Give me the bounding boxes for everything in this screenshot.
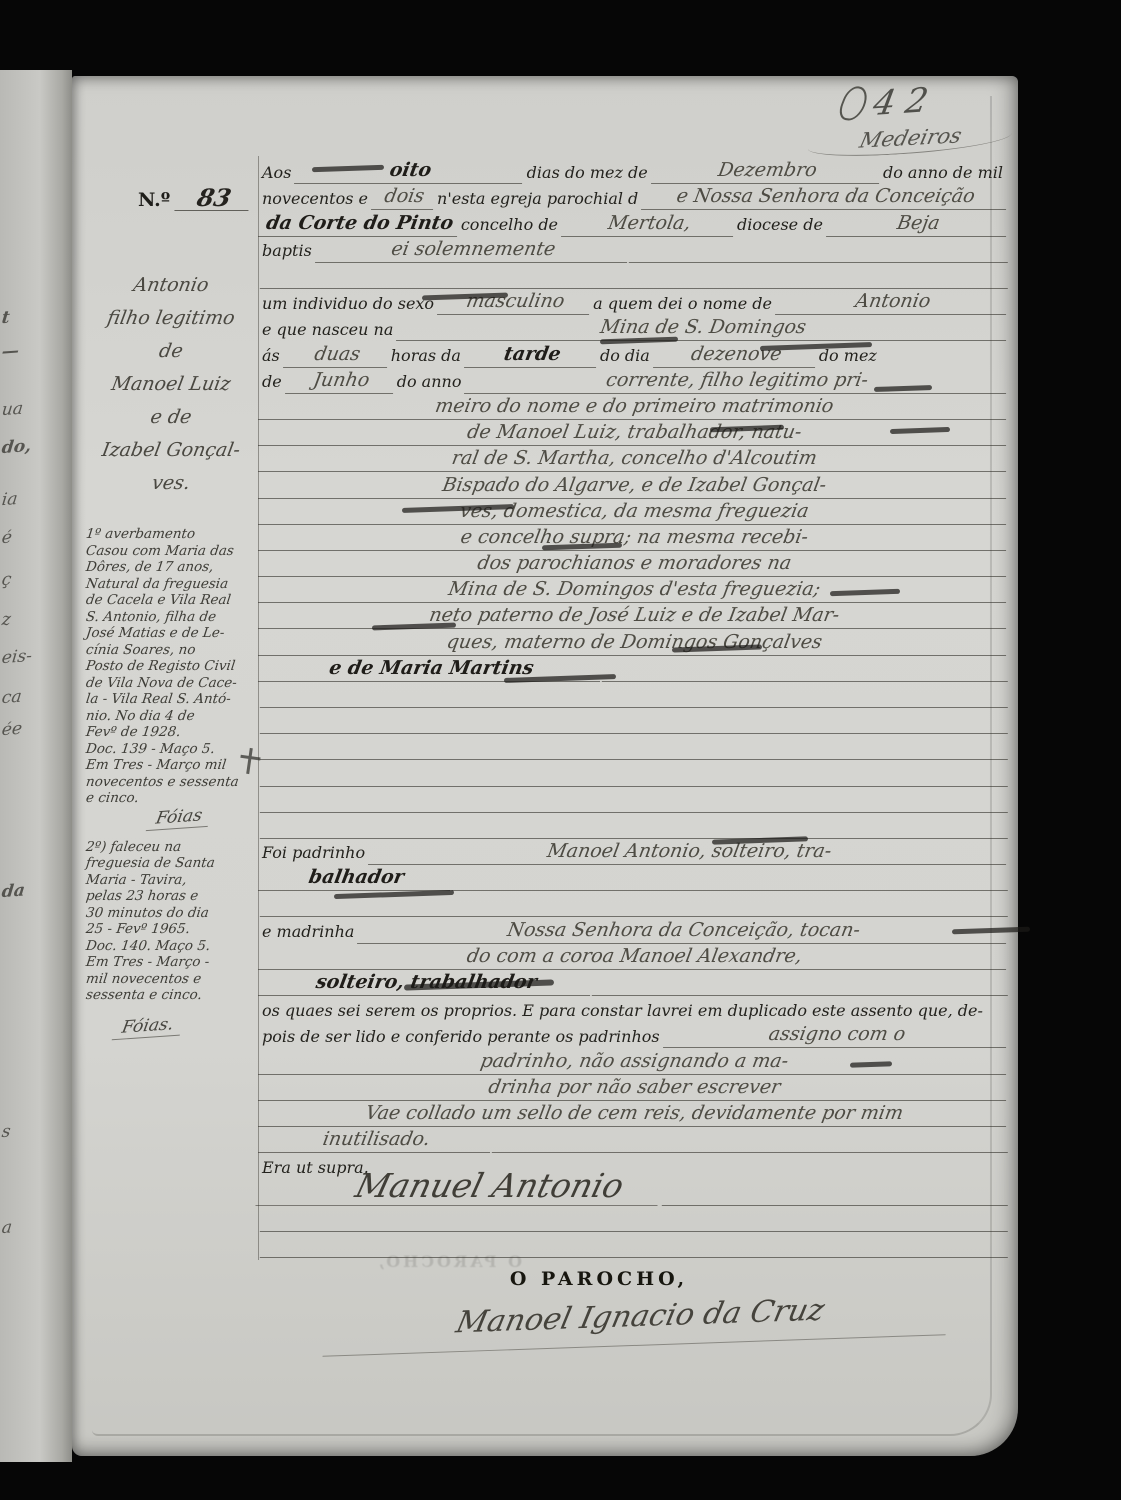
printed-form-text: novecentos e: [260, 190, 373, 211]
bleedthrough-text: O PAROCHO,: [302, 1254, 522, 1270]
margin-column: N.º 83 Antoniofilho legitimodeManoel Lui…: [86, 186, 256, 1038]
printed-form-text: um individuo do sexo: [260, 295, 439, 316]
edge-text-fragment: ua: [1, 398, 63, 419]
record-footer: O PAROCHO, Manoel Ignacio da Cruz: [260, 1262, 1008, 1346]
form-line: ral de S. Martha, concelho d'Alcoutim: [260, 446, 1008, 472]
record-number-label: N.º: [138, 189, 170, 211]
ruled-line: [260, 286, 1009, 289]
annotation-line: José Matias e de Le-: [85, 625, 257, 642]
annotation-line: 2º) faleceu na: [85, 839, 257, 856]
margin-name-block: Antoniofilho legitimodeManoel Luize deIz…: [86, 269, 256, 500]
form-line: drinha por não saber escrever: [260, 1075, 1008, 1101]
form-line: [260, 734, 1008, 760]
printed-form-text: dias do mez de: [525, 164, 653, 185]
parocho-label: O PAROCHO,: [260, 1270, 938, 1289]
edge-text-fragment: é: [1, 526, 63, 547]
form-line: inutilisado.: [260, 1127, 1008, 1153]
annotation-line: Doc. 140. Maço 5.: [85, 938, 257, 955]
printed-form-text: horas da: [389, 347, 466, 368]
handwritten-entry: drinha por não saber escrever: [258, 1078, 1010, 1101]
form-line: ques, materno de Domingos Gonçalves: [260, 629, 1008, 655]
page-number-value: 42: [870, 80, 941, 124]
form-line: [260, 813, 1008, 839]
form-line: novecentos edoisn'esta egreja parochial …: [260, 184, 1008, 210]
ruled-line: [260, 731, 1009, 734]
margin-name-line: filho legitimo: [83, 302, 259, 335]
annotation-line: la - Vila Real S. Antó-: [85, 691, 257, 708]
record-number: N.º 83: [138, 186, 256, 211]
margin-name-line: ves.: [83, 467, 259, 500]
margin-annotation-2: 2º) faleceu nafreguesia de SantaMaria - …: [86, 839, 256, 1004]
ruled-line: [629, 260, 1009, 263]
handwritten-entry: dois: [371, 187, 437, 210]
handwritten-entry: Beja: [826, 214, 1010, 237]
printed-form-text: e madrinha: [260, 923, 359, 944]
form-line: um individuo do sexomasculinoa quem dei …: [260, 289, 1008, 315]
printed-form-text: pois de ser lido e conferido perante os …: [260, 1028, 665, 1049]
handwritten-entry: inutilisado.: [258, 1130, 494, 1153]
printed-form-text: Aos: [260, 164, 296, 185]
printed-form-text: os quaes sei serem os proprios. E para c…: [260, 1002, 1008, 1023]
form-line: [260, 708, 1008, 734]
margin-name-line: Antonio: [83, 269, 259, 302]
ruled-line: [260, 810, 1009, 813]
form-line: [260, 760, 1008, 786]
margin-name-line: Manoel Luiz: [83, 368, 259, 401]
form-line: [260, 263, 1008, 289]
ruled-line: [260, 784, 1009, 787]
form-line: meiro do nome e do primeiro matrimonio: [260, 394, 1008, 420]
form-line: dos parochianos e moradores na: [260, 551, 1008, 577]
annotation-line: Doc. 139 - Maço 5.: [85, 741, 257, 758]
form-line: baptisei solemnemente: [260, 237, 1008, 263]
form-line: e de Maria Martins: [260, 656, 1008, 682]
handwritten-entry: da Corte do Pinto: [258, 214, 461, 237]
form-line: [260, 787, 1008, 813]
annotation-line: e cinco.: [85, 790, 257, 807]
margin-name-line: Izabel Gonçal-: [83, 434, 259, 467]
form-line: Aosoitodias do mez deDezembrodo anno de …: [260, 158, 1008, 184]
handwritten-entry: ral de S. Martha, concelho d'Alcoutim: [258, 449, 1010, 472]
printed-form-text: concelho de: [459, 216, 563, 237]
form-line: padrinho, não assignando a ma-: [260, 1048, 1008, 1074]
handwritten-entry: oito: [294, 161, 526, 184]
page-number: 42: [838, 81, 941, 124]
handwritten-entry: Nossa Senhora da Conceição, tocan-: [357, 921, 1010, 944]
printed-form-text: do anno: [395, 373, 467, 394]
annotation-line: Natural da freguesia: [85, 576, 257, 593]
edge-text-fragment: do,: [1, 436, 63, 457]
ruled-line: [260, 914, 1009, 917]
form-line: da Corte do Pintoconcelho deMertola,dioc…: [260, 210, 1008, 236]
printed-form-text: diocese de: [735, 216, 828, 237]
form-line: solteiro, trabalhador: [260, 970, 1008, 996]
edge-text-fragment: s: [1, 1120, 63, 1141]
handwritten-entry: meiro do nome e do primeiro matrimonio: [258, 397, 1010, 420]
annotation-line: novecentos e sessenta: [85, 774, 257, 791]
margin-name-line: e de: [83, 401, 259, 434]
handwritten-entry: ei solemnemente: [315, 240, 631, 263]
handwritten-entry: neto paterno de José Luiz e de Izabel Ma…: [258, 606, 1010, 629]
edge-text-fragment: da: [1, 880, 63, 901]
form-line: balhador: [260, 865, 1008, 891]
baptism-record-body: Aosoitodias do mez deDezembrodo anno de …: [260, 158, 1008, 1258]
handwritten-entry: tarde: [464, 345, 600, 368]
form-line: Vae collado um sello de cem reis, devida…: [260, 1101, 1008, 1127]
handwritten-entry: ques, materno de Domingos Gonçalves: [258, 633, 1010, 656]
annotation-line: Posto de Registo Civil: [85, 658, 257, 675]
annotation-line: Casou com Maria das: [85, 543, 257, 560]
annotation-line: S. Antonio, filha de: [85, 609, 257, 626]
annotation-line: 30 minutos do dia: [85, 905, 257, 922]
form-line: Manuel Antonio: [260, 1179, 1008, 1205]
printed-form-text: do anno de mil: [881, 164, 1008, 185]
handwritten-entry: Mina de S. Domingos: [396, 318, 1010, 341]
priest-signature: Manoel Ignacio da Cruz: [322, 1288, 955, 1357]
signature-text: Manuel Antonio: [255, 1169, 667, 1206]
ruled-line: [602, 679, 1009, 682]
printed-form-text: ás: [260, 347, 285, 368]
form-line: [260, 682, 1008, 708]
handwritten-entry: padrinho, não assignando a ma-: [258, 1052, 1010, 1075]
edge-text-fragment: a: [1, 1216, 63, 1237]
form-line: [260, 1206, 1008, 1232]
form-line: ves, domestica, da mesma freguezia: [260, 498, 1008, 524]
printed-form-text: de: [260, 373, 287, 394]
form-line: e madrinhaNossa Senhora da Conceição, to…: [260, 917, 1008, 943]
handwritten-entry: e Nossa Senhora da Conceição: [641, 187, 1010, 210]
ruled-line: [260, 757, 1009, 760]
annotation-line: de Cacela e Vila Real: [85, 592, 257, 609]
form-line: ásduashoras datardedo diadezenovedo mez: [260, 341, 1008, 367]
previous-page-edge: t—uado,iaéçzeis-caéedasa: [0, 70, 72, 1462]
annotation-line: Dôres, de 17 anos,: [85, 559, 257, 576]
annotation-line: Maria - Tavira,: [85, 872, 257, 889]
handwritten-entry: Junho: [285, 371, 397, 394]
printed-form-text: e que nasceu na: [260, 321, 398, 342]
handwritten-entry: ves, domestica, da mesma freguezia: [258, 502, 1010, 525]
handwritten-entry: Bispado do Algarve, e de Izabel Gonçal-: [258, 476, 1010, 499]
register-page: 42 Medeiros N.º 83 Antoniofilho legitimo…: [72, 76, 1018, 1456]
annotation-line: freguesia de Santa: [85, 855, 257, 872]
handwritten-entry: Antonio: [775, 292, 1010, 315]
margin-name-line: de: [83, 335, 259, 368]
ruled-line: [662, 1203, 1008, 1206]
handwritten-entry: Vae collado um sello de cem reis, devida…: [258, 1104, 1010, 1127]
annotation-line: mil novecentos e: [85, 971, 257, 988]
ruled-line: [492, 1150, 1009, 1153]
printed-form-text: do dia: [598, 347, 655, 368]
handwritten-entry: dos parochianos e moradores na: [258, 554, 1010, 577]
edge-text-fragment: ée: [1, 718, 63, 739]
printed-form-text: do mez: [817, 347, 882, 368]
handwritten-entry: Dezembro: [651, 161, 883, 184]
handwritten-entry: assigno com o: [663, 1025, 1010, 1048]
form-line: pois de ser lido e conferido perante os …: [260, 1022, 1008, 1048]
record-number-value: 83: [174, 186, 253, 211]
handwritten-entry: e concelho supra; na mesma recebi-: [258, 528, 1010, 551]
edge-text-fragment: ia: [1, 488, 63, 509]
handwritten-entry: balhador: [258, 868, 454, 891]
annotation-line: de Vila Nova de Cace-: [85, 675, 257, 692]
handwritten-entry: do com a coroa Manoel Alexandre,: [258, 947, 1010, 970]
form-line: e concelho supra; na mesma recebi-: [260, 525, 1008, 551]
handwritten-entry: duas: [283, 345, 391, 368]
registrar-rubric-1: Fóias: [146, 806, 212, 830]
archivist-rubric: Medeiros: [806, 123, 1015, 159]
form-line: Bispado do Algarve, e de Izabel Gonçal-: [260, 472, 1008, 498]
ruled-line: [260, 705, 1009, 708]
form-line: Foi padrinhoManoel Antonio, solteiro, tr…: [260, 839, 1008, 865]
edge-text-fragment: ca: [1, 686, 63, 707]
printed-form-text: n'esta egreja parochial d: [435, 190, 643, 211]
edge-text-fragment: ç: [1, 568, 63, 589]
handwritten-entry: Manoel Antonio, solteiro, tra-: [368, 842, 1010, 865]
edge-text-fragment: t: [1, 306, 63, 327]
edge-text-fragment: eis-: [1, 646, 63, 667]
ruled-line: [260, 1229, 1009, 1232]
form-line: os quaes sei serem os proprios. E para c…: [260, 996, 1008, 1022]
annotation-line: nio. No dia 4 de: [85, 708, 257, 725]
ruled-line: [592, 993, 1009, 996]
ruled-line: [260, 836, 1009, 839]
edge-text-fragment: z: [1, 608, 63, 629]
document-scan: t—uado,iaéçzeis-caéedasa 42 Medeiros N.º…: [0, 0, 1121, 1500]
registrar-rubric-2: Fóias.: [112, 1015, 183, 1040]
annotation-line: 25 - Fevº 1965.: [85, 921, 257, 938]
annotation-line: Em Tres - Março mil: [85, 757, 257, 774]
edge-text-fragment: —: [1, 340, 63, 361]
handwritten-entry: corrente, filho legitimo pri-: [464, 371, 1010, 394]
annotation-line: 1º averbamento: [85, 526, 257, 543]
margin-annotation-1: 1º averbamentoCasou com Maria dasDôres, …: [86, 526, 256, 807]
ruled-line: [452, 888, 1009, 891]
form-line: do com a coroa Manoel Alexandre,: [260, 944, 1008, 970]
annotation-line: cínia Soares, no: [85, 642, 257, 659]
printed-form-text: baptis: [260, 242, 317, 263]
pen-flourish: [836, 85, 872, 122]
handwritten-entry: de Manoel Luiz, trabalhador, natu-: [258, 423, 1010, 446]
printed-form-text: Foi padrinho: [260, 844, 370, 865]
annotation-line: Em Tres - Março -: [85, 954, 257, 971]
annotation-line: Fevº de 1928.: [85, 724, 257, 741]
printed-form-text: a quem dei o nome de: [591, 295, 777, 316]
handwritten-entry: Mertola,: [561, 214, 737, 237]
annotation-line: pelas 23 horas e: [85, 888, 257, 905]
annotation-line: sessenta e cinco.: [85, 987, 257, 1004]
